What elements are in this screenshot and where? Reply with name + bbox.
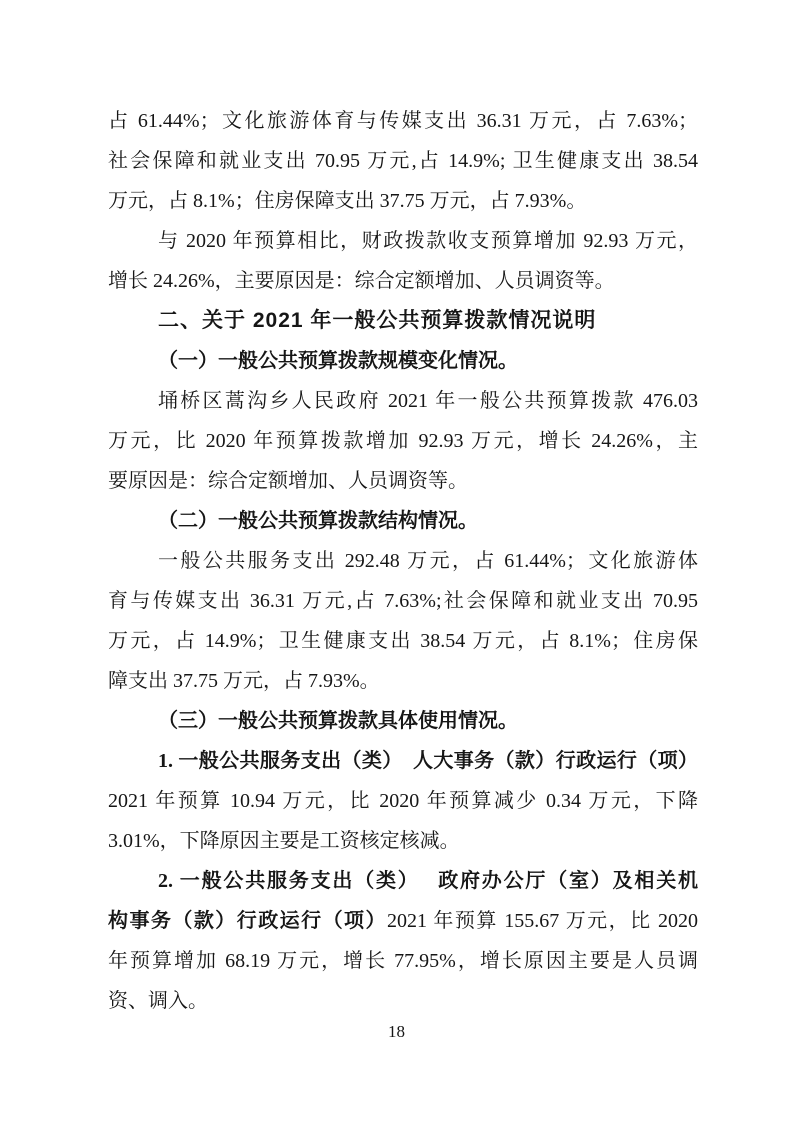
item-2-body-text: 2021 年预算 155.67 万元，比 2020 xyxy=(387,910,698,932)
subsection-heading-1: （一）一般公共预算拨款规模变化情况。 xyxy=(108,341,698,381)
paragraph-line: 要原因是：综合定额增加、人员调资等。 xyxy=(108,461,698,501)
document-text-block: 占 61.44%；文化旅游体育与传媒支出 36.31 万元，占 7.63%； 社… xyxy=(108,101,698,1021)
subsection-heading-3: （三）一般公共预算拨款具体使用情况。 xyxy=(108,701,698,741)
document-page: 占 61.44%；文化旅游体育与传媒支出 36.31 万元，占 7.63%； 社… xyxy=(0,0,793,1122)
paragraph-line: 2021 年预算 10.94 万元，比 2020 年预算减少 0.34 万元，下… xyxy=(108,781,698,821)
paragraph-line: 增长 24.26%，主要原因是：综合定额增加、人员调资等。 xyxy=(108,261,698,301)
paragraph-line: 万元，占 14.9%；卫生健康支出 38.54 万元，占 8.1%；住房保 xyxy=(108,621,698,661)
paragraph-line: 万元，比 2020 年预算拨款增加 92.93 万元，增长 24.26%，主 xyxy=(108,421,698,461)
paragraph-line: 埇桥区蒿沟乡人民政府 2021 年一般公共预算拨款 476.03 xyxy=(108,381,698,421)
item-2-heading-line: 2. 一般公共服务支出（类） 政府办公厅（室）及相关机 xyxy=(108,861,698,901)
paragraph-line: 3.01%，下降原因主要是工资核定核减。 xyxy=(108,821,698,861)
paragraph-line: 与 2020 年预算相比，财政拨款收支预算增加 92.93 万元， xyxy=(108,221,698,261)
paragraph-line: 育与传媒支出 36.31 万元,占 7.63%;社会保障和就业支出 70.95 xyxy=(108,581,698,621)
paragraph-line: 万元，占 8.1%；住房保障支出 37.75 万元，占 7.93%。 xyxy=(108,181,698,221)
section-heading: 二、关于 2021 年一般公共预算拨款情况说明 xyxy=(108,301,698,341)
item-2-mixed-line: 构事务（款）行政运行（项）2021 年预算 155.67 万元，比 2020 xyxy=(108,901,698,941)
paragraph-line: 资、调入。 xyxy=(108,981,698,1021)
paragraph-line: 年预算增加 68.19 万元，增长 77.95%，增长原因主要是人员调 xyxy=(108,941,698,981)
paragraph-line: 一般公共服务支出 292.48 万元，占 61.44%；文化旅游体 xyxy=(108,541,698,581)
page-number: 18 xyxy=(0,1022,793,1042)
item-2-heading-continuation: 构事务（款）行政运行（项） xyxy=(108,910,387,932)
paragraph-line: 社会保障和就业支出 70.95 万元,占 14.9%; 卫生健康支出 38.54 xyxy=(108,141,698,181)
paragraph-line: 障支出 37.75 万元，占 7.93%。 xyxy=(108,661,698,701)
item-1-heading-line: 1. 一般公共服务支出（类） 人大事务（款）行政运行（项） xyxy=(108,741,698,781)
paragraph-line: 占 61.44%；文化旅游体育与传媒支出 36.31 万元，占 7.63%； xyxy=(108,101,698,141)
subsection-heading-2: （二）一般公共预算拨款结构情况。 xyxy=(108,501,698,541)
